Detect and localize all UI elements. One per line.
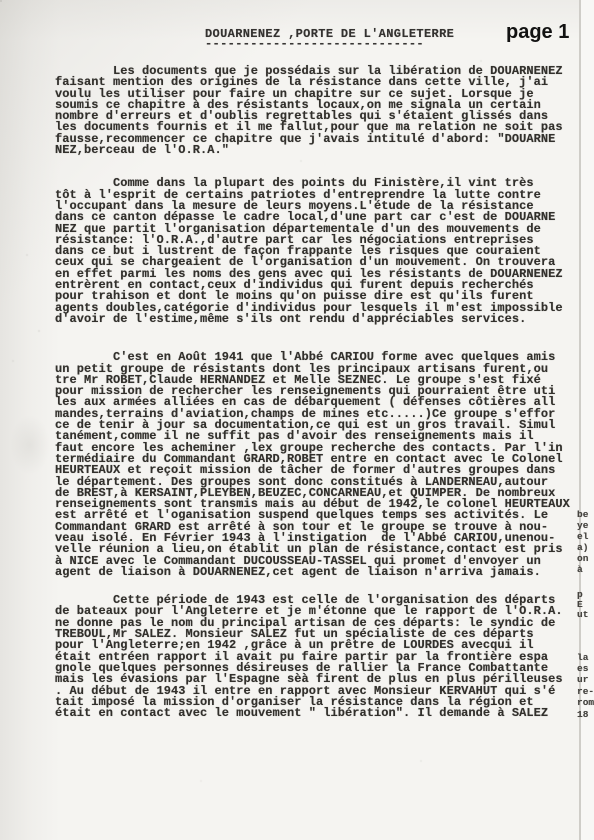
scan-smudge [10, 415, 50, 475]
paragraph-abbe-cariou-1941: C'est en Août 1941 que l'Abbé CARIOU for… [55, 352, 585, 578]
page-number-label: page 1 [506, 21, 569, 44]
scanned-document-page: { "header": { "title": "DOUARNENEZ ,PORT… [0, 0, 594, 840]
paragraph-finistere: Comme dans la plupart des points du Fini… [55, 178, 585, 325]
document-title-underline: ----------------------------- [205, 37, 424, 51]
paragraph-intro: Les documents que je possédais sur la li… [55, 66, 585, 156]
paragraph-departs-1943: Cette période de 1943 est celle de l'org… [55, 595, 585, 719]
document-text: Les documents que je possédais sur la li… [55, 66, 585, 719]
scan-noise-speckles [0, 0, 2, 2]
